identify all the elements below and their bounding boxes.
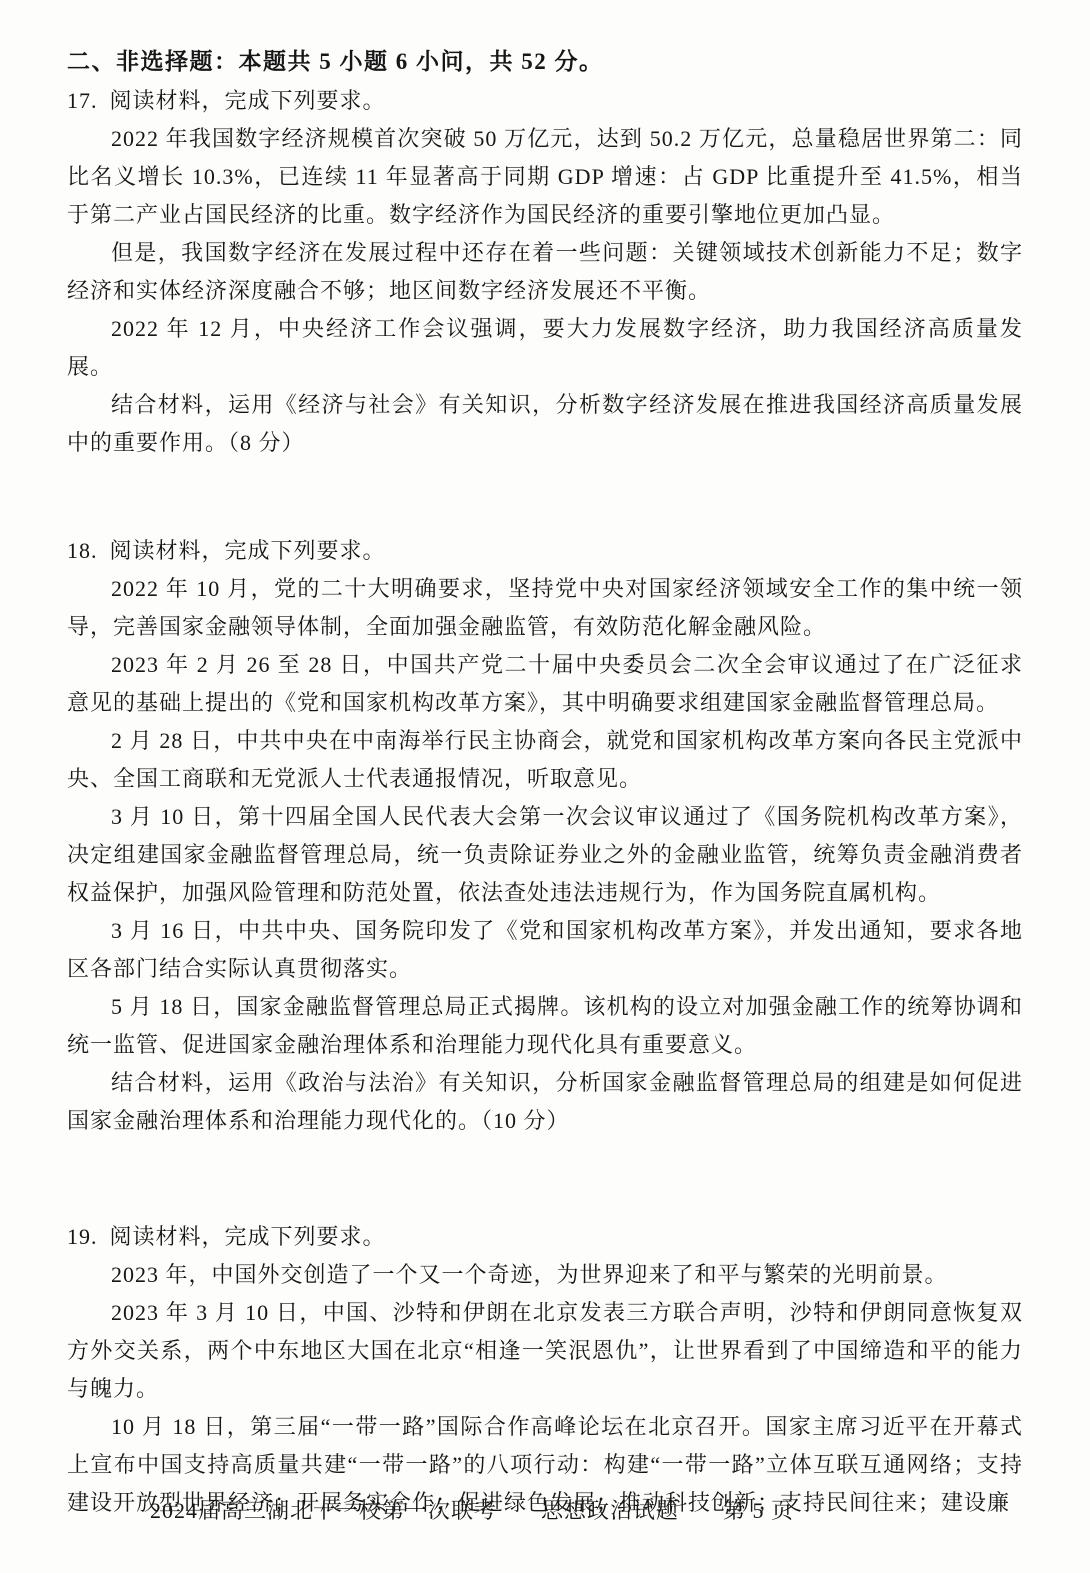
question-18: 18.阅读材料，完成下列要求。 2022 年 10 月，党的二十大明确要求，坚持… (67, 532, 1023, 1140)
question-19-paragraph-2: 2023 年 3 月 10 日，中国、沙特和伊朗在北京发表三方联合声明，沙特和伊… (67, 1294, 1023, 1408)
question-18-paragraph-7: 结合材料，运用《政治与法治》有关知识，分析国家金融监督管理总局的组建是如何促进国… (67, 1064, 1023, 1140)
question-19: 19.阅读材料，完成下列要求。 2023 年，中国外交创造了一个又一个奇迹，为世… (67, 1218, 1023, 1522)
question-18-paragraph-4: 3 月 10 日，第十四届全国人民代表大会第一次会议审议通过了《国务院机构改革方… (67, 798, 1023, 912)
page-content: 二、非选择题：本题共 5 小题 6 小问，共 52 分。 17.阅读材料，完成下… (67, 42, 1023, 1522)
question-17-paragraph-3: 2022 年 12 月，中央经济工作会议强调，要大力发展数字经济，助力我国经济高… (67, 310, 1023, 386)
question-17-head: 17.阅读材料，完成下列要求。 (67, 82, 1023, 120)
footer-subject: 思想政治试题 (541, 1494, 679, 1525)
question-18-paragraph-6: 5 月 18 日，国家金融监督管理总局正式揭牌。该机构的设立对加强金融工作的统筹… (67, 988, 1023, 1064)
question-17-paragraph-1: 2022 年我国数字经济规模首次突破 50 万亿元，达到 50.2 万亿元，总量… (67, 120, 1023, 234)
question-18-paragraph-1: 2022 年 10 月，党的二十大明确要求，坚持党中央对国家经济领域安全工作的集… (67, 570, 1023, 646)
exam-paper-page: 二、非选择题：本题共 5 小题 6 小问，共 52 分。 17.阅读材料，完成下… (0, 0, 1090, 1573)
question-19-number: 19. (67, 1218, 98, 1256)
question-17-paragraph-4: 结合材料，运用《经济与社会》有关知识，分析数字经济发展在推进我国经济高质量发展中… (67, 386, 1023, 462)
question-19-head: 19.阅读材料，完成下列要求。 (67, 1218, 1023, 1256)
footer-page-number: 第 5 页 (723, 1494, 794, 1525)
question-17: 17.阅读材料，完成下列要求。 2022 年我国数字经济规模首次突破 50 万亿… (67, 82, 1023, 462)
question-17-number: 17. (67, 82, 98, 120)
page-footer: 2024届高三湖北十一校第一次联考思想政治试题第 5 页 (150, 1494, 794, 1525)
question-17-intro: 阅读材料，完成下列要求。 (110, 88, 386, 113)
question-17-paragraph-2: 但是，我国数字经济在发展过程中还存在着一些问题：关键领域技术创新能力不足；数字经… (67, 234, 1023, 310)
question-19-paragraph-1: 2023 年，中国外交创造了一个又一个奇迹，为世界迎来了和平与繁荣的光明前景。 (67, 1256, 1023, 1294)
question-18-head: 18.阅读材料，完成下列要求。 (67, 532, 1023, 570)
section-header: 二、非选择题：本题共 5 小题 6 小问，共 52 分。 (67, 42, 1023, 82)
question-18-paragraph-2: 2023 年 2 月 26 至 28 日，中国共产党二十届中央委员会二次全会审议… (67, 646, 1023, 722)
question-18-paragraph-3: 2 月 28 日，中共中央在中南海举行民主协商会，就党和国家机构改革方案向各民主… (67, 722, 1023, 798)
question-19-intro: 阅读材料，完成下列要求。 (110, 1224, 386, 1249)
question-18-intro: 阅读材料，完成下列要求。 (110, 538, 386, 563)
question-18-paragraph-5: 3 月 16 日，中共中央、国务院印发了《党和国家机构改革方案》，并发出通知，要… (67, 912, 1023, 988)
footer-exam-title: 2024届高三湖北十一校第一次联考 (150, 1494, 497, 1525)
question-18-number: 18. (67, 532, 98, 570)
